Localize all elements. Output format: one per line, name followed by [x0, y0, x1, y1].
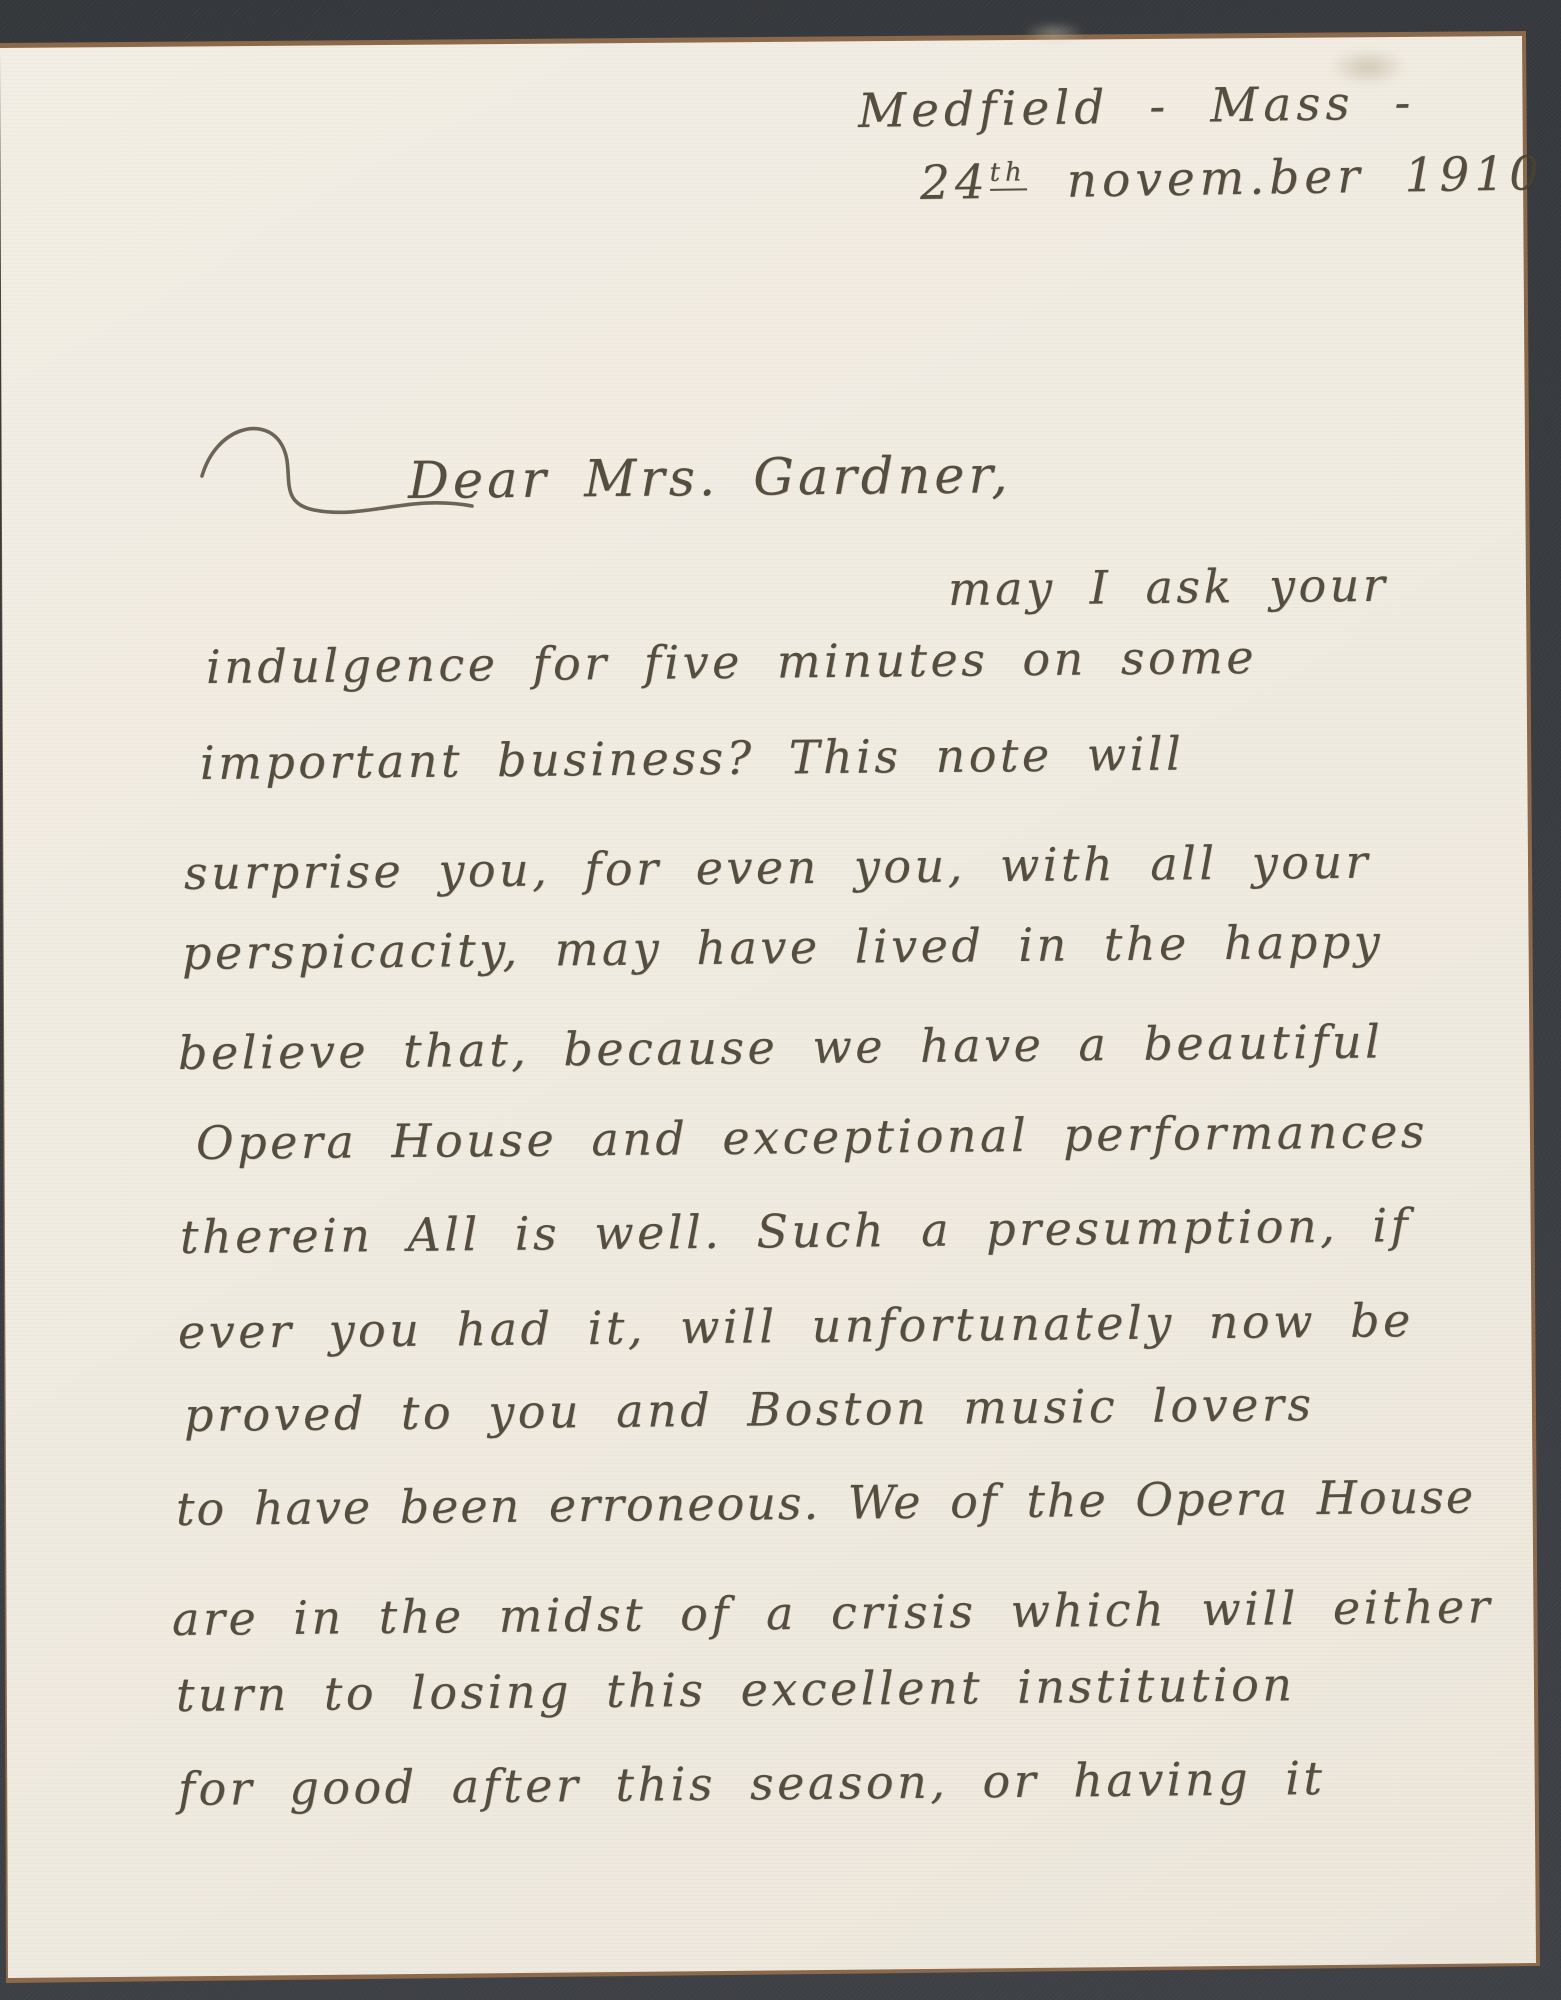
handwritten-line: believe that, because we have a beautifu…	[178, 1014, 1384, 1080]
place-line: Medfield - Mass -	[858, 75, 1416, 139]
salutation-line: Dear Mrs. Gardner,	[408, 446, 1012, 511]
paper-smudge	[1022, 22, 1086, 44]
handwritten-line: important business? This note will	[200, 727, 1185, 790]
handwritten-line: proved to you and Boston music lovers	[184, 1377, 1315, 1442]
date-day: 24	[920, 155, 991, 211]
date-ordinal: th	[989, 158, 1027, 192]
handwritten-line: turn to losing this excellent institutio…	[176, 1657, 1296, 1722]
handwritten-line: may I ask your	[948, 558, 1389, 616]
handwritten-line: surprise you, for even you, with all you…	[184, 835, 1371, 900]
letter-photo: Medfield - Mass - 24th novem.ber 1910 De…	[0, 0, 1561, 2000]
handwritten-line: indulgence for five minutes on some	[206, 630, 1258, 694]
handwritten-line: for good after this season, or having it	[178, 1751, 1326, 1816]
date-rest: novem.ber 1910	[1026, 146, 1544, 209]
handwritten-line: perspicacity, may have lived in the happ…	[182, 914, 1384, 980]
date-line: 24th novem.ber 1910	[920, 146, 1545, 211]
